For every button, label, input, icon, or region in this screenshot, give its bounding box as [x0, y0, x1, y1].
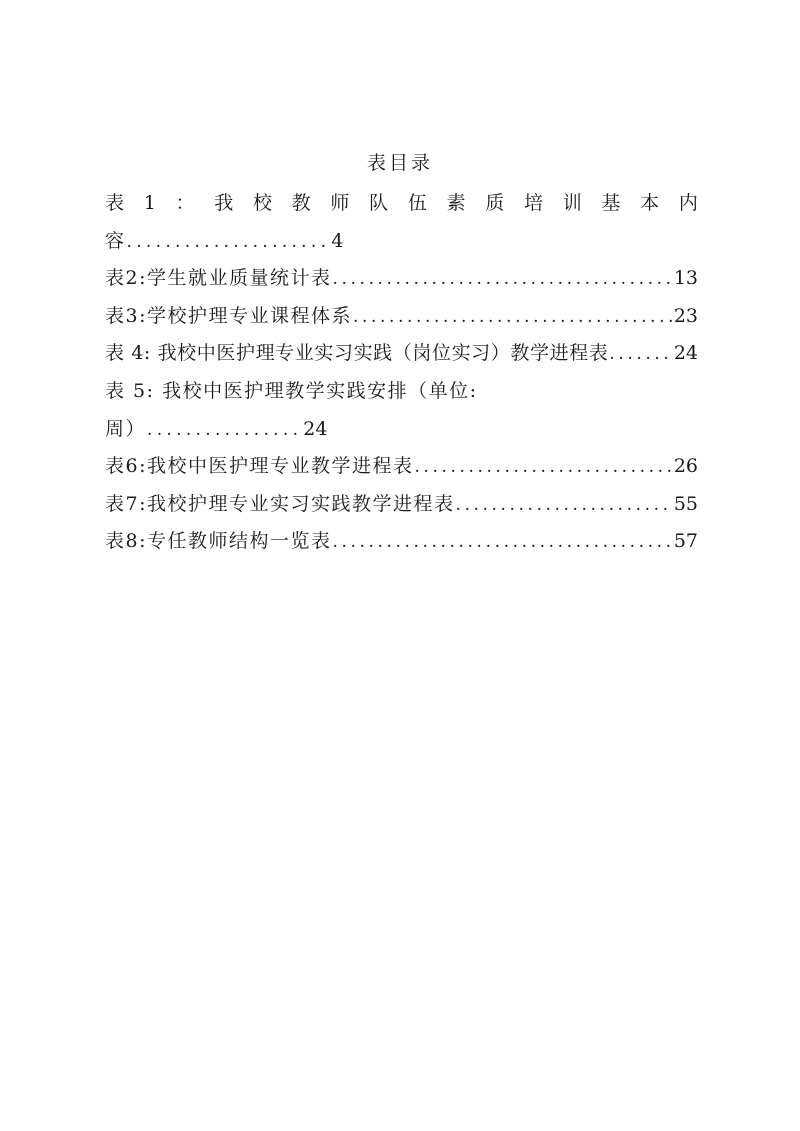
toc-char: 校	[253, 185, 272, 223]
toc-char: 基	[601, 185, 620, 223]
toc-char: ：	[176, 185, 195, 223]
toc-leader-dots	[333, 261, 673, 298]
toc-char: 队	[369, 185, 388, 223]
toc-entry-label: 容	[105, 223, 126, 261]
toc-entry-1-line-2[interactable]: 容 ..................... 4	[105, 223, 698, 261]
toc-entry-4[interactable]: 表 4: 我校中医护理专业实习实践（岗位实习）教学进程表 24	[105, 335, 698, 373]
toc-entry-label: 表8:专任教师结构一览表	[105, 523, 332, 561]
toc-char: 素	[447, 185, 466, 223]
toc-char: 1	[144, 185, 156, 223]
toc-page-number: 26	[674, 448, 698, 486]
toc-entry-label: 表 5: 我校中医护理教学实践安排（单位:	[105, 373, 477, 411]
toc-entry-6[interactable]: 表6:我校中医护理专业教学进程表 26	[105, 448, 698, 486]
document-page: 表目录 表 1 ： 我 校 教 师 队 伍 素 质 培 训 基 本 内 容 ..…	[0, 0, 800, 1131]
toc-entry-5-line-2[interactable]: 周） ................ 24	[105, 411, 698, 449]
toc-page-number: 13	[674, 260, 698, 298]
toc-leader-dots	[456, 487, 673, 524]
toc-leader-dots	[609, 336, 672, 373]
toc-char: 师	[330, 185, 349, 223]
toc-char: 内	[679, 185, 698, 223]
toc-char: 表	[105, 185, 124, 223]
toc-leader-dots	[415, 449, 673, 486]
toc-char: 质	[485, 185, 504, 223]
toc-page-number: 55	[674, 486, 698, 524]
toc-entry-label: 表 4: 我校中医护理专业实习实践（岗位实习）教学进程表	[105, 335, 608, 373]
toc-entry-1-line-1[interactable]: 表 1 ： 我 校 教 师 队 伍 素 质 培 训 基 本 内	[105, 185, 698, 223]
toc-entry-5-line-1[interactable]: 表 5: 我校中医护理教学实践安排（单位:	[105, 373, 698, 411]
toc-entry-8[interactable]: 表8:专任教师结构一览表 57	[105, 523, 698, 561]
toc-entry-label: 周）	[105, 411, 146, 449]
toc-page-number: 24	[674, 335, 698, 373]
toc-entry-3[interactable]: 表3:学校护理专业课程体系 23	[105, 298, 698, 336]
toc-char: 训	[563, 185, 582, 223]
toc-char: 培	[524, 185, 543, 223]
toc-leader-dots	[353, 299, 673, 336]
toc-page-number: 4	[331, 223, 343, 261]
toc-char: 伍	[408, 185, 427, 223]
toc-entry-2[interactable]: 表2:学生就业质量统计表 13	[105, 260, 698, 298]
toc-page-number: 23	[674, 298, 698, 336]
toc-leader-dots	[333, 524, 673, 561]
toc-page-number: 57	[674, 523, 698, 561]
toc-char: 教	[292, 185, 311, 223]
toc-page-number: 24	[303, 411, 327, 449]
toc-entry-label: 表3:学校护理专业课程体系	[105, 298, 352, 336]
table-of-contents: 表 1 ： 我 校 教 师 队 伍 素 质 培 训 基 本 内 容 ......…	[105, 185, 698, 561]
toc-char: 本	[640, 185, 659, 223]
toc-title: 表目录	[0, 150, 800, 176]
toc-entry-7[interactable]: 表7:我校护理专业实习实践教学进程表 55	[105, 486, 698, 524]
toc-entry-label: 表6:我校中医护理专业教学进程表	[105, 448, 414, 486]
toc-char: 我	[214, 185, 233, 223]
toc-entry-label: 表7:我校护理专业实习实践教学进程表	[105, 486, 455, 524]
toc-leader-dots: .....................	[127, 224, 331, 261]
toc-leader-dots: ................	[147, 412, 302, 449]
toc-entry-label: 表2:学生就业质量统计表	[105, 260, 332, 298]
